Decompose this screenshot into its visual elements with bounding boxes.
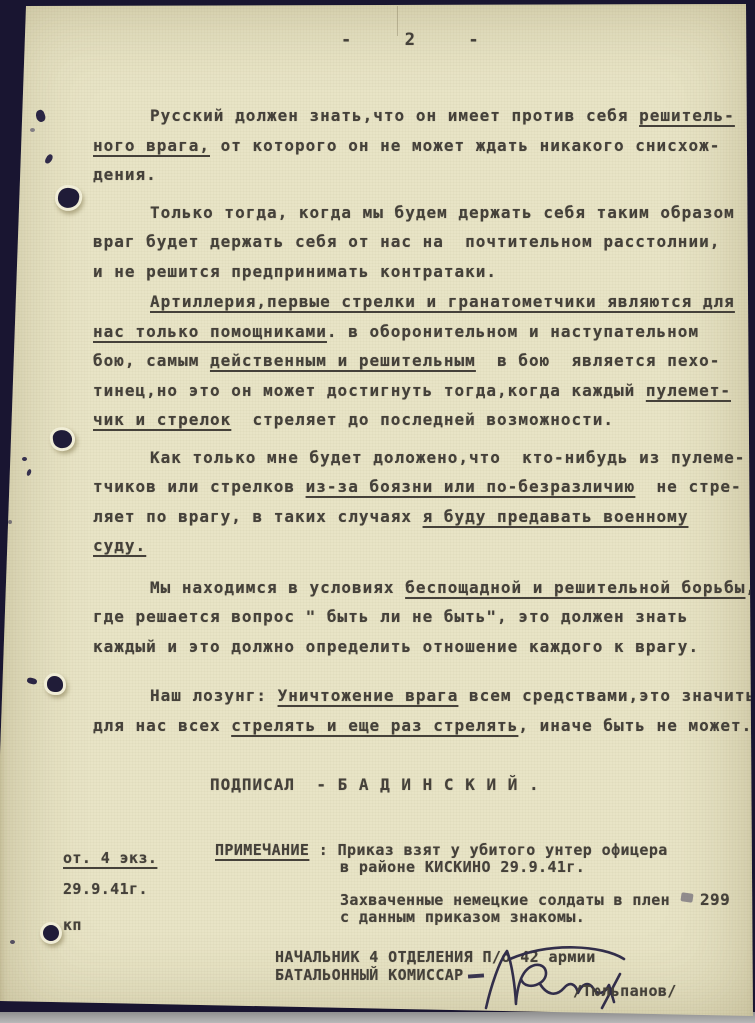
note-line-2: в районе КИСКИНО 29.9.41г. xyxy=(340,858,585,876)
note-date: 29.9.41г. xyxy=(63,880,148,898)
text-segment: для нас всех xyxy=(93,716,231,735)
text-segment: , xyxy=(745,578,755,597)
text-segment: стреляет до последней возможности. xyxy=(231,410,614,429)
paper-damage-mark xyxy=(30,128,35,132)
typewriter-smudge xyxy=(680,892,693,903)
paragraph: Артиллерия,первые стрелки и гранатометчи… xyxy=(93,287,753,435)
note-label: ПРИМЕЧАНИЕ xyxy=(215,841,309,859)
text-segment: от которого он не может ждать никакого с… xyxy=(210,136,720,155)
text-segment: в бою является пехо- xyxy=(476,351,721,370)
paragraph: Мы находимся в условиях беспощадной и ре… xyxy=(93,573,753,662)
scanned-document-page: { "page": { "number_display": "- 2 -" },… xyxy=(0,0,755,1023)
signature-typed-name: /Тюльпанов/ xyxy=(573,982,677,1000)
punch-hole xyxy=(53,183,84,213)
text-line: Артиллерия,первые стрелки и гранатометчи… xyxy=(93,287,753,317)
text-segment: из-за боязни или по-безразличию xyxy=(306,477,636,496)
text-line: враг будет держать себя от нас на почтит… xyxy=(93,227,753,257)
handwritten-signature-icon xyxy=(452,944,687,1016)
note-line-4: с данным приказом знакомы. xyxy=(340,908,585,926)
text-line: Русский должен знать,что он имеет против… xyxy=(93,101,753,131)
text-segment: беспощадной и решительной борьбы xyxy=(405,578,745,597)
text-segment: суду. xyxy=(93,536,146,555)
text-line: для нас всех стрелять и еще раз стрелять… xyxy=(93,711,753,741)
text-segment: . в оборонительном и наступательном xyxy=(327,322,699,341)
text-line: и не решится предпринимать контратаки. xyxy=(93,257,753,287)
note-line-1: ПРИМЕЧАНИЕ : Приказ взят у убитого унтер… xyxy=(215,841,668,859)
text-line: бою, самым действенным и решительным в б… xyxy=(93,346,753,376)
text-line: тинец,но это он может достигнуть тогда,к… xyxy=(93,376,753,406)
text-segment: Только тогда, когда мы будем держать себ… xyxy=(150,203,735,222)
text-line: нас только помощниками. в оборонительном… xyxy=(93,317,753,347)
text-segment: враг будет держать себя от нас на почтит… xyxy=(93,232,720,251)
document-paper: - 2 - Русский должен знать,что он имеет … xyxy=(0,0,755,1023)
text-segment: не стре- xyxy=(635,477,741,496)
text-segment: пулемет- xyxy=(646,381,731,400)
text-segment: тчиков или стрелков xyxy=(93,477,306,496)
text-line: дения. xyxy=(93,160,753,190)
note-line-3: Захваченные немецкие солдаты в плен xyxy=(340,891,670,909)
paper-damage-mark xyxy=(26,677,37,685)
text-segment: действенным и решительным xyxy=(210,351,476,370)
text-segment: чик и стрелок xyxy=(93,410,231,429)
paper-damage-mark xyxy=(8,520,12,524)
text-line: чик и стрелок стреляет до последней возм… xyxy=(93,405,753,435)
paper-damage-mark xyxy=(10,940,15,944)
text-segment: ляет по врагу, в таких случаях xyxy=(93,507,423,526)
text-segment: Уничтожение врага xyxy=(278,686,459,705)
text-line: Наш лозунг: Уничтожение врага всем средс… xyxy=(93,681,753,711)
text-segment: бою, самым xyxy=(93,351,210,370)
text-line: каждый и это должно определить отношение… xyxy=(93,632,753,662)
text-segment: дения. xyxy=(93,165,157,184)
text-segment: Русский должен знать,что он имеет против… xyxy=(150,106,639,125)
text-segment: стрелять и еще раз стрелять xyxy=(231,716,518,735)
text-segment: и не решится предпринимать контратаки. xyxy=(93,262,497,281)
text-line: суду. xyxy=(93,531,753,561)
punch-hole xyxy=(44,673,66,695)
text-segment: Мы находимся в условиях xyxy=(150,578,405,597)
text-segment: где решается вопрос " быть ли не быть", … xyxy=(93,607,688,626)
text-segment: ного врага, xyxy=(93,136,210,155)
page-number: - 2 - xyxy=(341,30,490,50)
text-line: где решается вопрос " быть ли не быть", … xyxy=(93,602,753,632)
text-segment: нас только помощниками xyxy=(93,322,327,341)
punch-hole xyxy=(48,425,76,452)
text-segment: решитель- xyxy=(639,106,735,125)
paragraph: Только тогда, когда мы будем держать себ… xyxy=(93,198,753,287)
text-segment: Как только мне будет доложено,что кто-ни… xyxy=(150,448,745,467)
note-copies-count: от. 4 экз. xyxy=(63,849,157,867)
text-line: Как только мне будет доложено,что кто-ни… xyxy=(93,443,753,473)
text-segment: я буду предавать военному xyxy=(423,507,689,526)
text-segment: каждый и это должно определить отношение… xyxy=(93,637,699,656)
note-text-1: Приказ взят у убитого унтер офицера xyxy=(338,841,668,859)
paper-damage-mark xyxy=(34,109,47,123)
paragraph: Наш лозунг: Уничтожение врага всем средс… xyxy=(93,681,753,740)
paper-damage-mark xyxy=(22,457,27,461)
signed-by-line: ПОДПИСАЛ - Б А Д И Н С К И Й . xyxy=(210,775,540,794)
text-segment: Наш лозунг: xyxy=(150,686,278,705)
text-segment: , иначе быть не может. xyxy=(518,716,752,735)
body-text: Русский должен знать,что он имеет против… xyxy=(93,101,753,740)
text-segment: всем средствами,это значить xyxy=(458,686,755,705)
text-line: ляет по врагу, в таких случаях я буду пр… xyxy=(93,502,753,532)
officer-title-line-2: БАТАЛЬОННЫЙ КОМИССАР xyxy=(275,966,464,984)
punch-hole xyxy=(40,922,62,944)
text-segment: Артиллерия,первые стрелки и гранатометчи… xyxy=(150,292,735,311)
text-line: Мы находимся в условиях беспощадной и ре… xyxy=(93,573,753,603)
text-segment: тинец,но это он может достигнуть тогда,к… xyxy=(93,381,646,400)
paper-damage-mark xyxy=(44,153,54,165)
paper-damage-mark xyxy=(26,469,32,477)
paragraph: Как только мне будет доложено,что кто-ни… xyxy=(93,443,753,561)
prisoner-count: 299 xyxy=(700,890,730,909)
text-line: ного врага, от которого он не может ждат… xyxy=(93,131,753,161)
note-separator: : xyxy=(309,841,337,859)
text-line: тчиков или стрелков из-за боязни или по-… xyxy=(93,472,753,502)
paragraph: Русский должен знать,что он имеет против… xyxy=(93,101,753,190)
text-line: Только тогда, когда мы будем держать себ… xyxy=(93,198,753,228)
note-kp-mark: кп xyxy=(63,916,82,934)
